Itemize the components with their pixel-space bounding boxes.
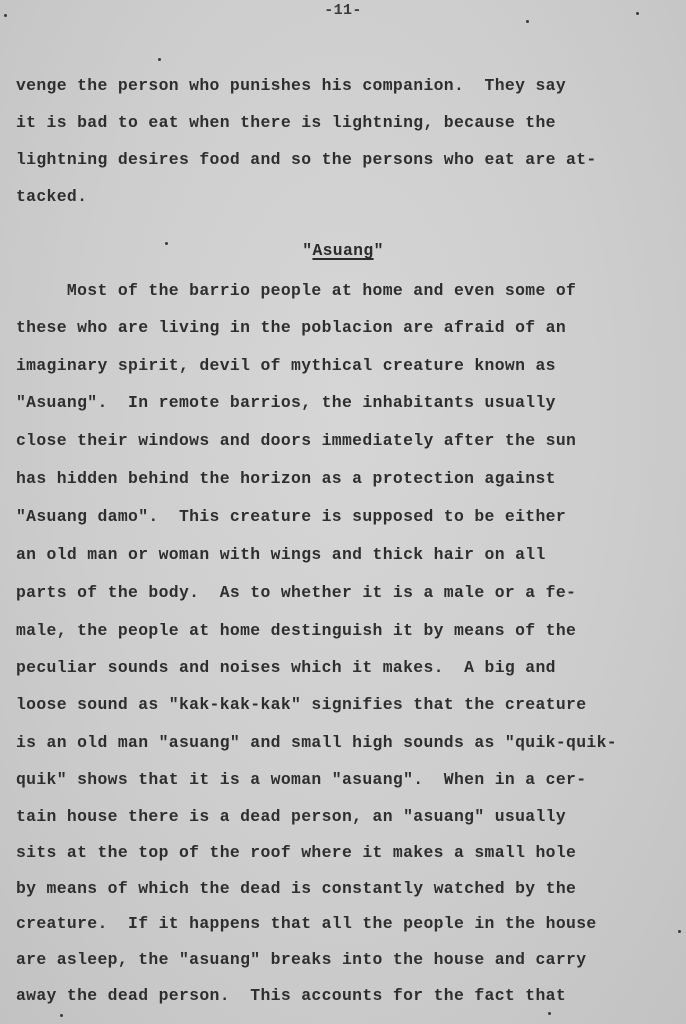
typewritten-page: -11- venge the person who punishes his c… [0,0,686,1024]
text-line: by means of which the dead is constantly… [16,879,576,899]
text-line: an old man or woman with wings and thick… [16,545,546,565]
dust-speck [548,1012,551,1015]
dust-speck [60,1014,63,1017]
heading-close-quote: " [374,241,384,260]
text-line: has hidden behind the horizon as a prote… [16,469,556,489]
text-line: tain house there is a dead person, an "a… [16,807,566,827]
heading-title: Asuang [312,241,373,260]
page-number: -11- [0,2,686,19]
text-line: male, the people at home destinguish it … [16,621,576,641]
text-line: close their windows and doors immediatel… [16,431,576,451]
text-line: quik" shows that it is a woman "asuang".… [16,770,586,790]
text-line: away the dead person. This accounts for … [16,986,566,1006]
text-line: are asleep, the "asuang" breaks into the… [16,950,586,970]
text-line: imaginary spirit, devil of mythical crea… [16,356,556,376]
text-line: Most of the barrio people at home and ev… [16,281,576,301]
dust-speck [678,930,681,933]
text-line: is an old man "asuang" and small high so… [16,733,617,753]
text-line: "Asuang". In remote barrios, the inhabit… [16,393,556,413]
text-line: loose sound as "kak-kak-kak" signifies t… [16,695,586,715]
text-line: sits at the top of the roof where it mak… [16,843,576,863]
dust-speck [526,20,529,23]
text-line: it is bad to eat when there is lightning… [16,113,556,133]
text-line: these who are living in the poblacion ar… [16,318,566,338]
text-line: peculiar sounds and noises which it make… [16,658,556,678]
text-line: venge the person who punishes his compan… [16,76,566,96]
dust-speck [636,12,639,15]
dust-speck [158,58,161,61]
heading-open-quote: " [302,241,312,260]
text-line: tacked. [16,187,87,207]
text-line: lightning desires food and so the person… [16,150,597,170]
dust-speck [4,14,7,17]
text-line: creature. If it happens that all the peo… [16,914,597,934]
text-line: parts of the body. As to whether it is a… [16,583,576,603]
text-line: "Asuang damo". This creature is supposed… [16,507,566,527]
section-heading: "Asuang" [0,240,686,262]
